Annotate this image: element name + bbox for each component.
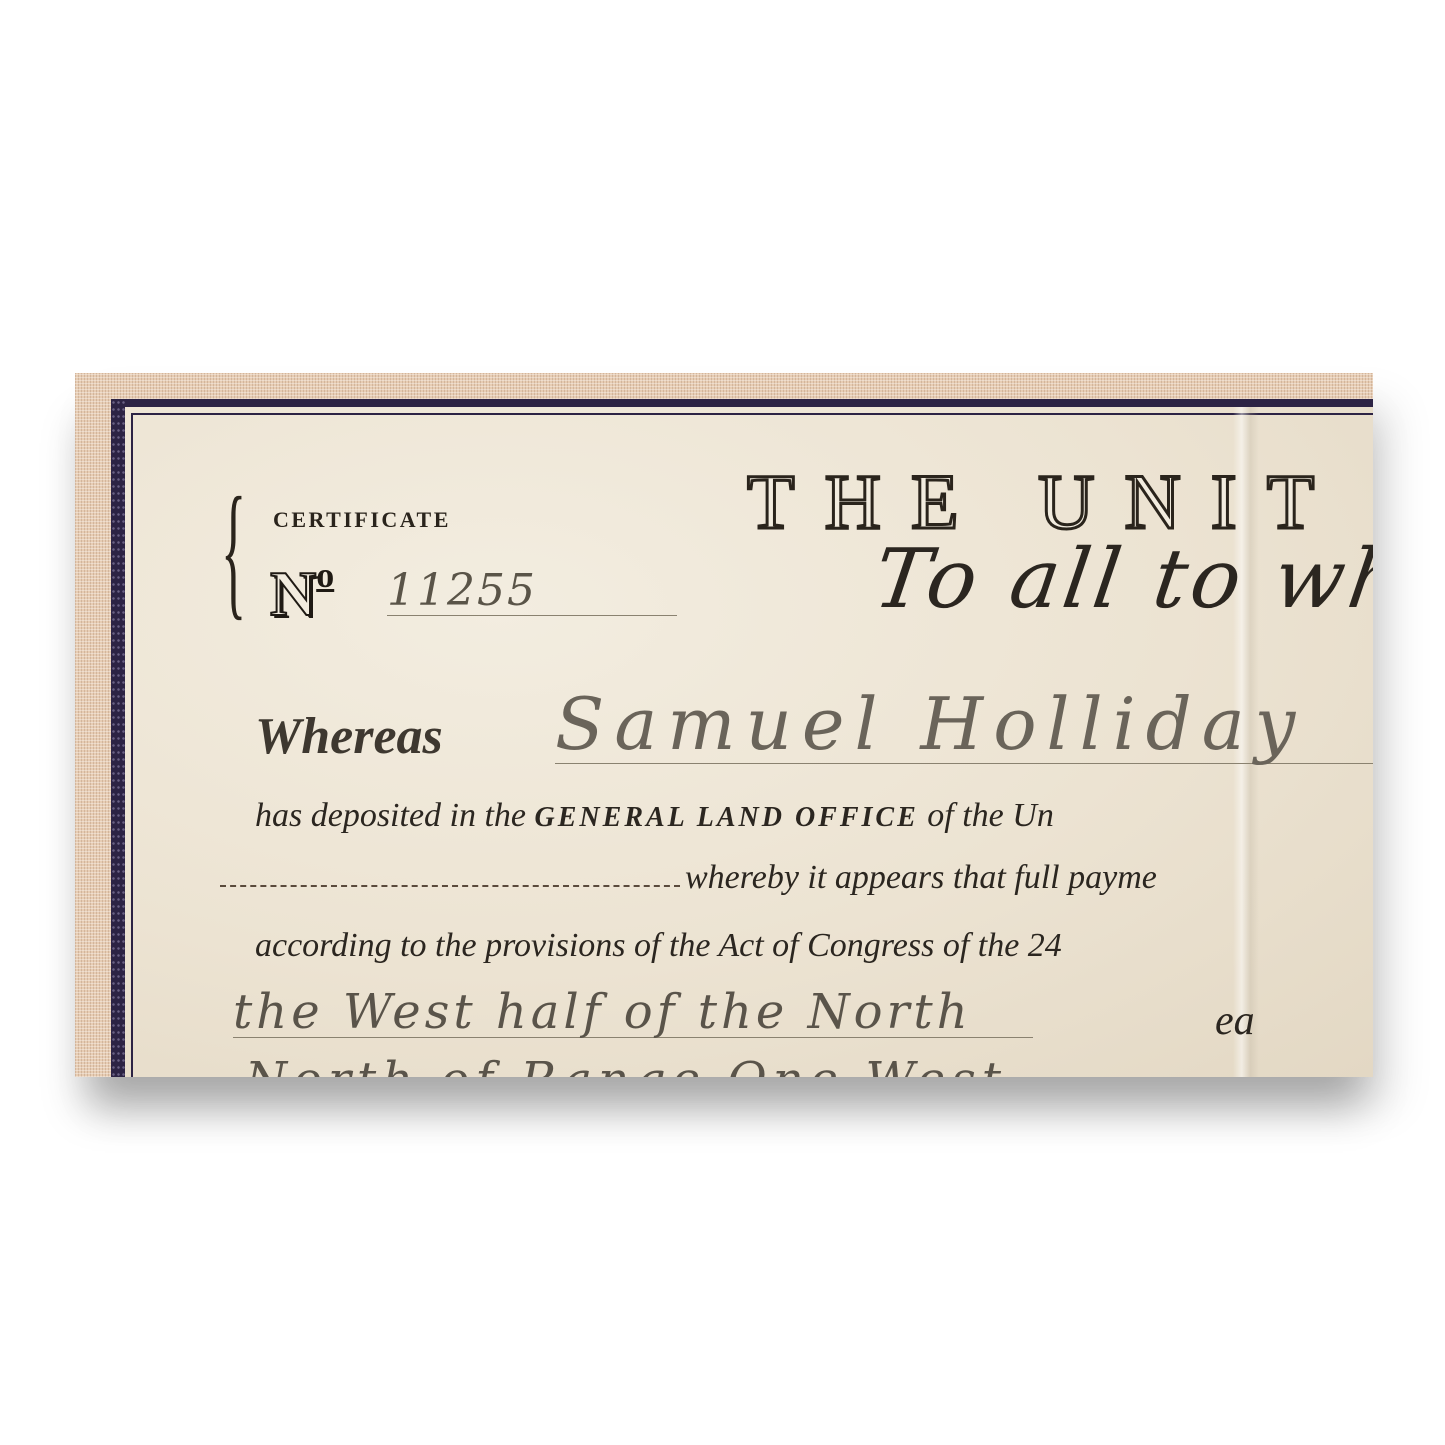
- handwritten-range-description: North of Range One West: [245, 1055, 1007, 1077]
- handwritten-line-end: ea: [1215, 997, 1255, 1045]
- grantee-name: Samuel Holliday: [555, 687, 1373, 764]
- number-prefix-sup: o: [316, 555, 334, 595]
- brace-ornament: {: [221, 475, 246, 625]
- handwritten-land-description: the West half of the North: [233, 987, 1033, 1038]
- document-heading: THE UNIT: [747, 463, 1344, 541]
- deposited-text: has deposited in the: [255, 797, 535, 834]
- certificate-photo: { CERTIFICATE No 11255 THE UNIT To all t…: [75, 373, 1373, 1077]
- number-label: No: [270, 557, 334, 626]
- certificate-paper: { CERTIFICATE No 11255 THE UNIT To all t…: [111, 399, 1373, 1077]
- whereby-line: whereby it appears that full payme: [685, 859, 1157, 897]
- blank-fill-line: [220, 885, 680, 887]
- certificate-number: 11255: [387, 569, 677, 616]
- whereas-word: Whereas: [255, 707, 443, 766]
- land-office-text: GENERAL LAND OFFICE: [535, 802, 919, 833]
- salutation: To all to whom: [869, 535, 1373, 625]
- deposited-post-text: of the Un: [919, 797, 1054, 834]
- according-line: according to the provisions of the Act o…: [255, 927, 1062, 965]
- number-prefix: N: [270, 558, 316, 629]
- certificate-label: CERTIFICATE: [273, 507, 451, 533]
- deposited-line: has deposited in the GENERAL LAND OFFICE…: [255, 797, 1054, 835]
